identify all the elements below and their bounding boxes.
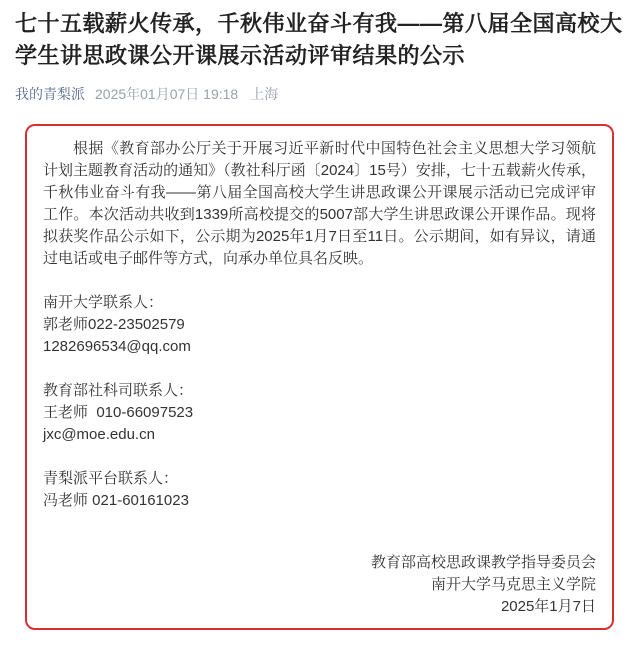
- contact-email: 1282696534@qq.com: [43, 336, 596, 358]
- contact-block-nankai: 南开大学联系人： 郭老师022-23502579 1282696534@qq.c…: [43, 292, 596, 358]
- publish-location: 上海: [250, 84, 278, 104]
- page-title: 七十五载薪火传承，千秋伟业奋斗有我——第八届全国高校大学生讲思政课公开课展示活动…: [15, 8, 624, 72]
- contact-block-moe: 教育部社科司联系人： 王老师 010-66097523 jxc@moe.edu.…: [43, 380, 596, 446]
- contact-phone: 王老师 010-66097523: [43, 402, 596, 424]
- contact-phone: 冯老师 021-60161023: [43, 490, 596, 512]
- contact-phone: 郭老师022-23502579: [43, 314, 596, 336]
- contact-title: 教育部社科司联系人：: [43, 380, 596, 402]
- account-link[interactable]: 我的青梨派: [15, 84, 85, 104]
- signature-date: 2025年1月7日: [43, 596, 596, 618]
- contact-title: 南开大学联系人：: [43, 292, 596, 314]
- publish-datetime: 2025年01月07日 19:18: [95, 84, 238, 104]
- signature-org-1: 教育部高校思政课教学指导委员会: [43, 552, 596, 574]
- notice-paragraph: 根据《教育部办公厅关于开展习近平新时代中国特色社会主义思想大学习领航计划主题教育…: [43, 138, 596, 270]
- contact-block-qinglipai: 青梨派平台联系人： 冯老师 021-60161023: [43, 468, 596, 512]
- notice-box: 根据《教育部办公厅关于开展习近平新时代中国特色社会主义思想大学习领航计划主题教育…: [25, 124, 614, 630]
- contact-email: jxc@moe.edu.cn: [43, 424, 596, 446]
- article-page: 七十五载薪火传承，千秋伟业奋斗有我——第八届全国高校大学生讲思政课公开课展示活动…: [0, 8, 639, 630]
- article-meta: 我的青梨派 2025年01月07日 19:18 上海: [15, 84, 624, 104]
- contact-title: 青梨派平台联系人：: [43, 468, 596, 490]
- signature-org-2: 南开大学马克思主义学院: [43, 574, 596, 596]
- signature-block: 教育部高校思政课教学指导委员会 南开大学马克思主义学院 2025年1月7日: [43, 552, 596, 618]
